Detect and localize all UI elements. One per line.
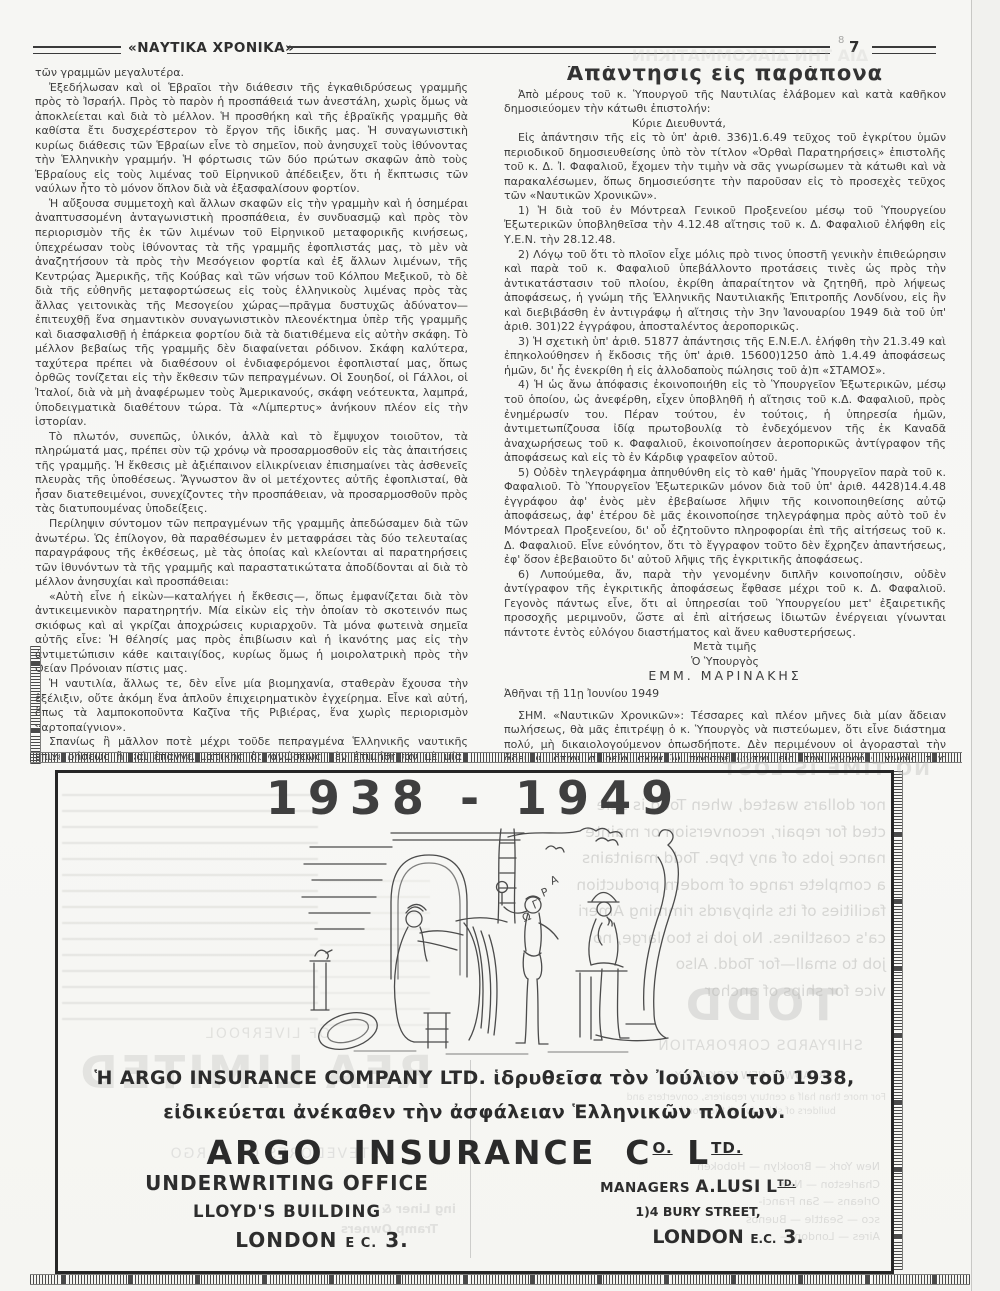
argo-shipbuilding-illustration: Α Ρ Γ Ω bbox=[296, 827, 694, 1063]
svg-text:Α: Α bbox=[548, 873, 560, 888]
managers-ltd-superscript: TD. bbox=[777, 1179, 796, 1189]
header-rule-left bbox=[33, 46, 121, 54]
city: LONDON bbox=[652, 1226, 743, 1248]
page-number: 7 bbox=[849, 38, 859, 56]
paragraph: 1) Ἡ διὰ τοῦ ἐν Μόντρεαλ Γενικοῦ Προξενε… bbox=[504, 204, 946, 248]
managers-label: MANAGERS bbox=[600, 1180, 690, 1196]
header-rule-right bbox=[872, 46, 936, 54]
scan-margin bbox=[972, 0, 1000, 1291]
article-heading: Ἀπάντησις εἰς παράπονα bbox=[504, 66, 946, 81]
scanned-magazine-page: «ΝΑΥΤΙΚΑ ΧΡΟΝΙΚΑ» 8 7 ΔΙΑ ΤΗΝ ΔΙΑΚΟΜΜΑΤΙ… bbox=[0, 0, 1000, 1291]
salutation: Κύριε Διευθυντά, bbox=[504, 117, 946, 132]
svg-text:Ρ: Ρ bbox=[539, 885, 550, 900]
paragraph: 3) Ἡ σχετικὴ ὑπ' ἀριθ. 51877 ἀπάντησις τ… bbox=[504, 335, 946, 379]
paragraph: Εἰς ἀπάντησιν τῆς εἰς τὸ ὑπ' ἀριθ. 336)1… bbox=[504, 131, 946, 204]
letter-body: Εἰς ἀπάντησιν τῆς εἰς τὸ ὑπ' ἀριθ. 336)1… bbox=[504, 131, 946, 640]
signature-block: Μετὰ τιμῆςὉ Ὑπουργὸς bbox=[504, 640, 946, 669]
managers-city-line: LONDON E.C. 3. bbox=[526, 1226, 870, 1248]
ornament-strip-left bbox=[30, 646, 41, 764]
header-rule-center bbox=[287, 46, 830, 54]
paragraph: Ἡ ναυτιλία, ἄλλως τε, δὲν εἶνε μία βιομη… bbox=[35, 677, 468, 735]
underwriting-office-block: UNDERWRITING OFFICE LLOYD'S BUILDING LON… bbox=[96, 1171, 478, 1252]
paragraph: 6) Λυπούμεθα, ἄν, παρὰ τὴν γενομένην διπ… bbox=[504, 568, 946, 641]
paragraph: τῶν γραμμῶν μεγαλυτέρα. bbox=[35, 66, 468, 81]
svg-text:Ω: Ω bbox=[520, 910, 533, 925]
underwriting-office-line: UNDERWRITING OFFICE bbox=[96, 1171, 478, 1195]
brand-word: INSURANCE bbox=[354, 1133, 597, 1172]
date-line: Ἀθῆναι τῇ 11ῃ Ἰουνίου 1949 bbox=[504, 687, 946, 702]
brand-word: L bbox=[687, 1133, 711, 1172]
managers-line: MANAGERS A.LUSI LTD. bbox=[526, 1177, 870, 1197]
district: E C. bbox=[345, 1236, 377, 1251]
paragraph: Ἀπὸ μέρους τοῦ κ. Ὑπουργοῦ τῆς Ναυτιλίας… bbox=[504, 88, 946, 117]
paragraph: «Αὐτὴ εἶνε ἡ εἰκὼν—καταλήγει ἡ ἔκθεσις—,… bbox=[35, 590, 468, 677]
postal-number: 3. bbox=[385, 1228, 409, 1252]
signoff-line: Μετὰ τιμῆς bbox=[504, 640, 946, 655]
signoff-line: Ὁ Ὑπουργὸς bbox=[504, 655, 946, 670]
underwriting-city-line: LONDON E C. 3. bbox=[96, 1228, 478, 1252]
brand-superscript: TD. bbox=[711, 1139, 742, 1157]
brand-word: C bbox=[625, 1133, 652, 1172]
paragraph: 5) Οὐδὲν τηλεγράφημα ἀπηυθύνθη εἰς τὸ κα… bbox=[504, 466, 946, 568]
managers-ltd: L bbox=[766, 1177, 777, 1197]
paragraph: Ἐξεδήλωσαν καὶ οἱ Ἑβραῖοι τὴν διάθεσιν τ… bbox=[35, 81, 468, 197]
managers-block: MANAGERS A.LUSI LTD. 1)4 BURY STREET, LO… bbox=[526, 1177, 870, 1248]
page-title: «ΝΑΥΤΙΚΑ ΧΡΟΝΙΚΑ» bbox=[128, 40, 294, 56]
brand-superscript: O. bbox=[653, 1139, 673, 1157]
ad-text-line: εἰδικεύεται ἀνέκαθεν τὴν ἀσφάλειαν Ἑλλην… bbox=[58, 1101, 891, 1123]
district: E.C. bbox=[750, 1232, 776, 1246]
ornament-strip-top bbox=[30, 752, 962, 763]
paragraph: Ἡ αὔξουσα συμμετοχὴ καὶ ἄλλων σκαφῶν εἰς… bbox=[35, 197, 468, 430]
paragraph: 2) Λόγῳ τοῦ ὅτι τὸ πλοῖον εἶχε μόλις πρὸ… bbox=[504, 248, 946, 335]
ad-brand-name: ARGO INSURANCE CO. LTD. bbox=[58, 1133, 891, 1172]
bleedthrough-page-number: 8 bbox=[838, 35, 844, 46]
ad-text-line: Ἡ ARGO INSURANCE COMPANY LTD. ἱδρυθεῖσα … bbox=[58, 1067, 891, 1089]
brand-word: ARGO bbox=[206, 1133, 324, 1172]
postal-number: 3. bbox=[783, 1226, 803, 1248]
ad-years: 1938 - 1949 bbox=[58, 771, 891, 825]
city: LONDON bbox=[235, 1228, 337, 1252]
ornament-strip-bottom bbox=[30, 1274, 970, 1285]
page-edge-line bbox=[971, 0, 972, 1291]
paragraph: Περίληψιν σύντομον τῶν πεπραγμένων τῆς γ… bbox=[35, 517, 468, 590]
argo-advertisement: 1938 - 1949 bbox=[55, 770, 894, 1274]
managers-street-line: 1)4 BURY STREET, bbox=[526, 1204, 870, 1219]
managers-name: A.LUSI bbox=[695, 1177, 761, 1197]
right-column: Ἀπάντησις εἰς παράπονα Ἀπὸ μέρους τοῦ κ.… bbox=[504, 66, 946, 760]
paragraph: Τὸ πλωτόν, συνεπῶς, ὑλικόν, ἀλλὰ καὶ τὸ … bbox=[35, 430, 468, 517]
left-column: τῶν γραμμῶν μεγαλυτέρα.Ἐξεδήλωσαν καὶ οἱ… bbox=[35, 66, 468, 760]
paragraph: 4) Ἡ ὡς ἄνω ἀπόφασις ἐκοινοποιήθη εἰς τὸ… bbox=[504, 378, 946, 465]
signature-name: ΕΜΜ. ΜΑΡΙΝΑΚΗΣ bbox=[504, 669, 946, 684]
underwriting-building-line: LLOYD'S BUILDING bbox=[96, 1202, 478, 1221]
